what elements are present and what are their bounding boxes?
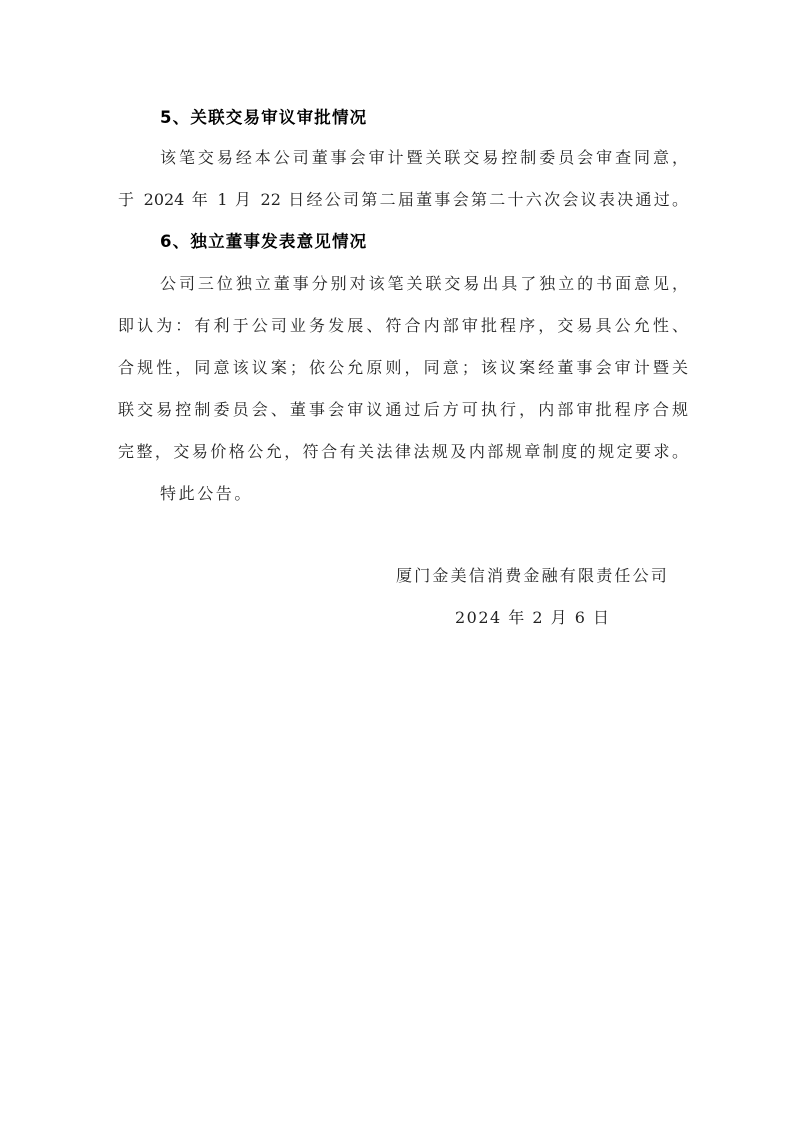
- paragraph-line: 于 2024 年 1 月 22 日经公司第二届董事会第二十六次会议表决通过。: [118, 190, 688, 210]
- paragraph-line: 完整，交易价格公允，符合有关法律法规及内部规章制度的规定要求。: [118, 442, 688, 462]
- closing-text: 特此公告。: [160, 484, 253, 504]
- section-heading-5: 5、关联交易审议审批情况: [160, 108, 367, 128]
- paragraph-line: 即认为：有利于公司业务发展、符合内部审批程序，交易具公允性、: [118, 316, 688, 336]
- document-page: 5、关联交易审议审批情况 该笔交易经本公司董事会审计暨关联交易控制委员会审查同意…: [0, 0, 794, 1123]
- paragraph-line: 公司三位独立董事分别对该笔关联交易出具了独立的书面意见，: [160, 274, 688, 294]
- paragraph-line: 联交易控制委员会、董事会审议通过后方可执行，内部审批程序合规: [118, 400, 688, 420]
- paragraph-line: 该笔交易经本公司董事会审计暨关联交易控制委员会审查同意，: [160, 148, 688, 168]
- signature-date: 2024 年 2 月 6 日: [455, 608, 611, 628]
- signature-organization: 厦门金美信消费金融有限责任公司: [396, 566, 669, 586]
- paragraph-line: 合规性，同意该议案；依公允原则，同意；该议案经董事会审计暨关: [118, 358, 688, 378]
- section-heading-6: 6、独立董事发表意见情况: [160, 232, 367, 252]
